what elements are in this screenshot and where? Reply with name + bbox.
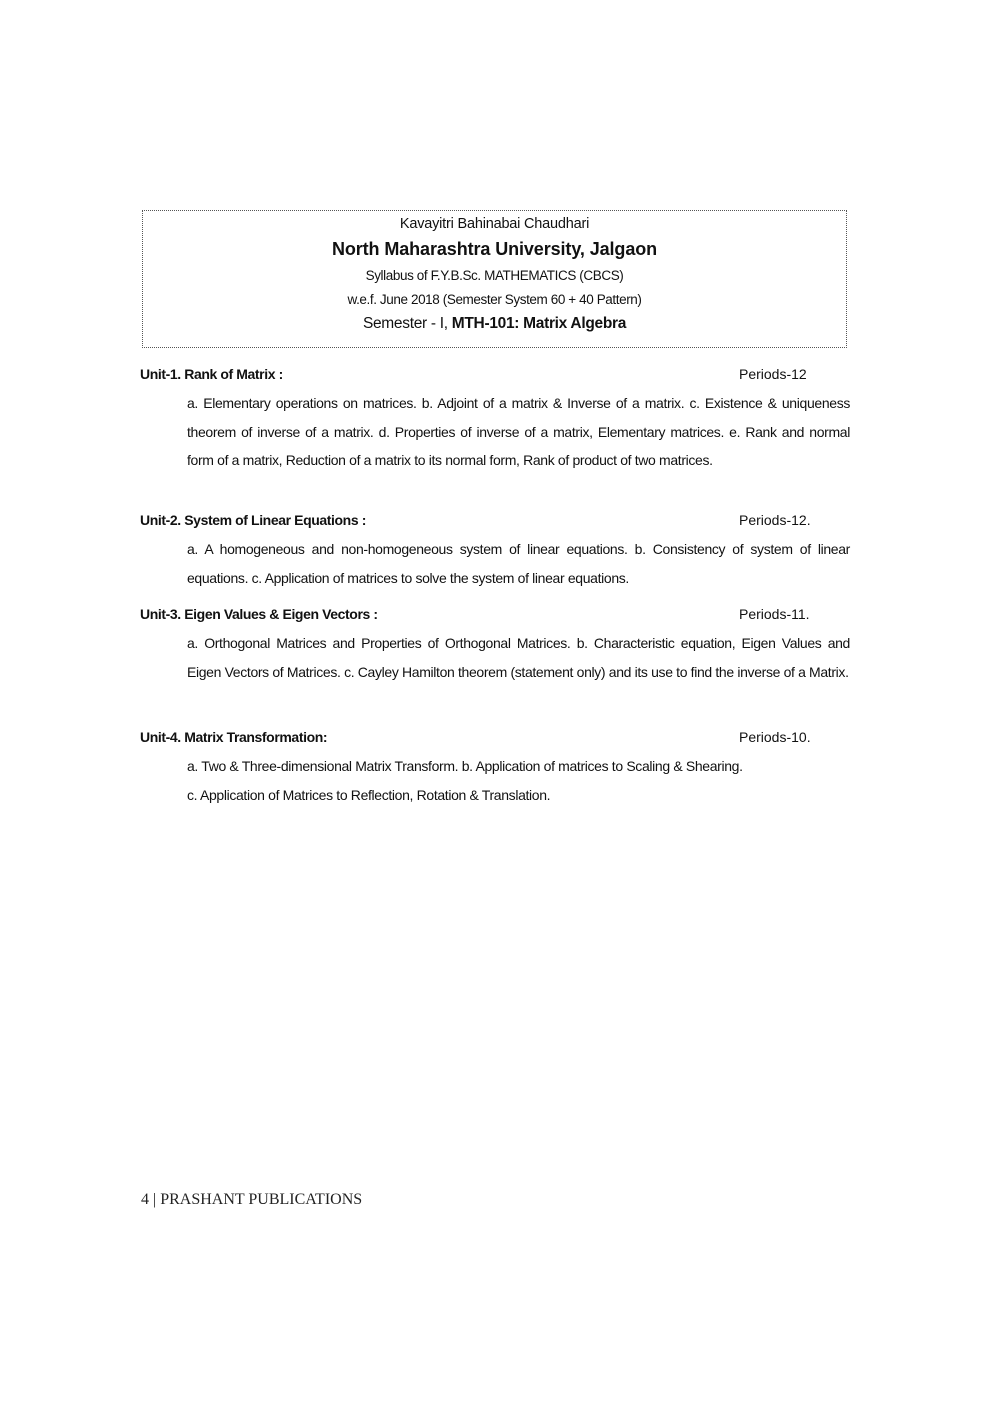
- semester-course-line: Semester - I, MTH-101: Matrix Algebra: [143, 315, 846, 333]
- unit-periods: Periods-12: [739, 366, 807, 382]
- unit-periods: Periods-11.: [739, 606, 810, 622]
- syllabus-header-box: Kavayitri Bahinabai Chaudhari North Maha…: [142, 210, 847, 348]
- unit-heading: Unit-3. Eigen Values & Eigen Vectors : P…: [140, 606, 852, 628]
- page-footer: 4 | PRASHANT PUBLICATIONS: [141, 1191, 362, 1209]
- unit-content: a. Two & Three-dimensional Matrix Transf…: [187, 752, 850, 809]
- unit-periods: Periods-10.: [739, 729, 811, 745]
- unit-1: Unit-1. Rank of Matrix : Periods-12 a. E…: [140, 366, 852, 475]
- unit-content: a. Orthogonal Matrices and Properties of…: [187, 629, 850, 686]
- institution-prefix: Kavayitri Bahinabai Chaudhari: [143, 216, 846, 232]
- unit-title: Unit-2. System of Linear Equations :: [140, 512, 366, 528]
- unit-content: a. A homogeneous and non-homogeneous sys…: [187, 535, 850, 592]
- unit-content-line: a. Two & Three-dimensional Matrix Transf…: [187, 752, 850, 781]
- unit-heading: Unit-2. System of Linear Equations : Per…: [140, 512, 852, 534]
- unit-title: Unit-3. Eigen Values & Eigen Vectors :: [140, 606, 378, 622]
- course-title: MTH-101: Matrix Algebra: [452, 315, 626, 332]
- unit-content: a. Elementary operations on matrices. b.…: [187, 389, 850, 475]
- publisher-name: PRASHANT PUBLICATIONS: [160, 1191, 362, 1208]
- unit-heading: Unit-4. Matrix Transformation: Periods-1…: [140, 729, 852, 751]
- semester-label: Semester - I,: [363, 315, 452, 332]
- unit-3: Unit-3. Eigen Values & Eigen Vectors : P…: [140, 606, 852, 686]
- unit-heading: Unit-1. Rank of Matrix : Periods-12: [140, 366, 852, 388]
- unit-2: Unit-2. System of Linear Equations : Per…: [140, 512, 852, 592]
- unit-title: Unit-1. Rank of Matrix :: [140, 366, 283, 382]
- unit-title: Unit-4. Matrix Transformation:: [140, 729, 327, 745]
- university-name: North Maharashtra University, Jalgaon: [143, 239, 846, 260]
- effective-date: w.e.f. June 2018 (Semester System 60 + 4…: [143, 292, 846, 307]
- page-number: 4: [141, 1191, 149, 1208]
- unit-content-line: c. Application of Matrices to Reflection…: [187, 781, 850, 810]
- unit-4: Unit-4. Matrix Transformation: Periods-1…: [140, 729, 852, 809]
- syllabus-title: Syllabus of F.Y.B.Sc. MATHEMATICS (CBCS): [143, 268, 846, 283]
- footer-separator: |: [153, 1191, 156, 1208]
- unit-periods: Periods-12.: [739, 512, 811, 528]
